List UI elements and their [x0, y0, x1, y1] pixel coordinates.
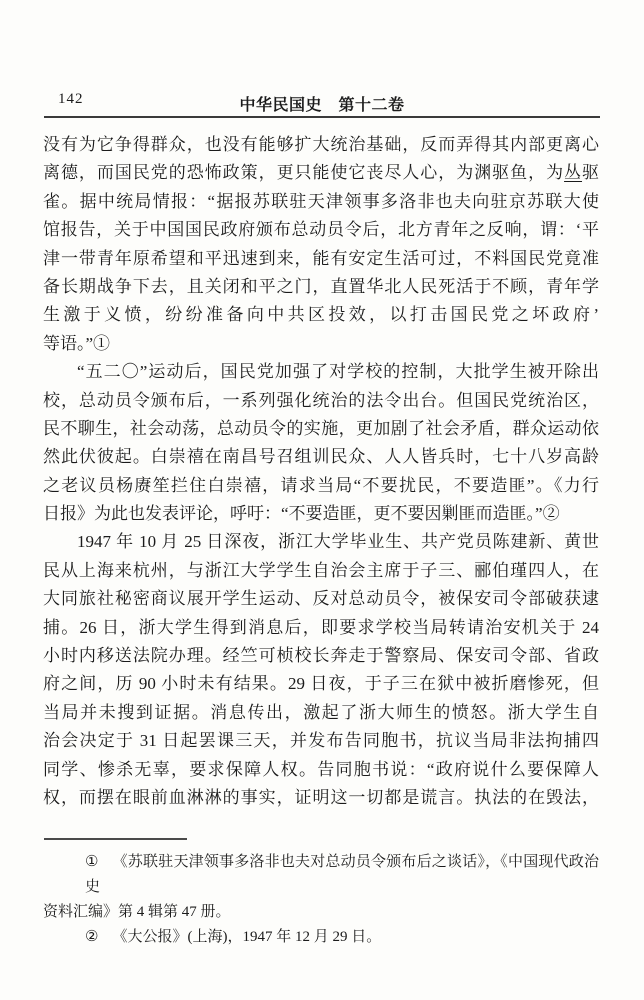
body-text-line: 生激于义愤，纷纷准备向中共区投效，以打击国民党之坏政府’ [43, 301, 599, 329]
body-text-line: 小时内移送法院办理。经竺可桢校长奔走于警察局、保安司令部、省政 [43, 642, 599, 670]
body-text-line: 津一带青年原希望和平迅速到来，能有安定生活可过，不料国民党竟准 [43, 245, 599, 273]
body-text: 没有为它争得群众，也没有能够扩大统治基础，反而弄得其内部更离心离德，而国民党的恐… [43, 131, 599, 812]
body-text-line: 没有为它争得群众，也没有能够扩大统治基础，反而弄得其内部更离心 [43, 131, 599, 159]
body-text-line: 同学、惨杀无辜，要求保障人权。告同胞书说：“政府说什么要保障人 [43, 756, 599, 784]
book-page: 142 中华民国史 第十二卷 没有为它争得群众，也没有能够扩大统治基础，反而弄得… [0, 0, 644, 1000]
body-text-line: 1947 年 10 月 25 日深夜，浙江大学毕业生、共产党员陈建新、黄世 [43, 528, 599, 556]
body-text-line: 治会决定于 31 日起罢课三天，并发布告同胞书，抗议当局非法拘捕四 [43, 727, 599, 755]
body-text-line: 馆报告，关于中国国民政府颁布总动员令后，北方青年之反响，谓：‘平 [43, 216, 599, 244]
body-text-line: “五二〇”运动后，国民党加强了对学校的控制，大批学生被开除出 [43, 358, 599, 386]
footnote-line: ①《苏联驻天津领事多洛非也夫对总动员令颁布后之谈话》，《中国现代政治史 [43, 850, 599, 900]
body-text-line: 捕。26 日，浙大学生得到消息后，即要求学校当局转请治安机关于 24 [43, 614, 599, 642]
body-text-line: 备长期战争下去，且关闭和平之门，直置华北人民死活于不顾，青年学 [43, 273, 599, 301]
footnote-marker: ① [85, 850, 98, 875]
body-text-line: 当局并未搜到证据。消息传出，激起了浙大师生的愤怒。浙大学生自 [43, 699, 599, 727]
footnotes: ①《苏联驻天津领事多洛非也夫对总动员令颁布后之谈话》，《中国现代政治史资料汇编》… [43, 850, 599, 950]
body-text-line: 之老议员杨赓笙拦住白崇禧，请求当局“不要扰民，不要造匪”。《力行 [43, 472, 599, 500]
body-text-line: 民不聊生，社会动荡，总动员令的实施，更加剧了社会矛盾，群众运动依 [43, 415, 599, 443]
header-divider [44, 116, 600, 118]
body-text-line: 权，而摆在眼前血淋淋的事实，证明这一切都是谎言。执法的在毁法， [43, 784, 599, 812]
body-text-line: 离德，而国民党的恐怖政策，更只能使它丧尽人心，为渊驱鱼，为丛驱 [43, 159, 599, 187]
running-head-title: 中华民国史 第十二卷 [0, 92, 644, 115]
body-text-line: 校，总动员令颁布后，一系列强化统治的法令出台。但国民党统治区， [43, 387, 599, 415]
body-text-line: 大同旅社秘密商议展开学生运动、反对总动员令，被保安司令部破获逮 [43, 585, 599, 613]
body-text-line: 日报》为此也发表评论，呼吁：“不要造匪，更不要因剿匪而造匪。”② [43, 500, 599, 528]
body-text-line: 然此伏彼起。白崇禧在南昌号召组训民众、人人皆兵时，七十八岁高龄 [43, 443, 599, 471]
body-text-line: 民从上海来杭州，与浙江大学学生自治会主席于子三、郦伯瑾四人，在 [43, 557, 599, 585]
footnote-line: 资料汇编》第 4 辑第 47 册。 [43, 900, 599, 925]
body-text-line: 府之间，历 90 小时未有结果。29 日夜，于子三在狱中被折磨惨死，但 [43, 670, 599, 698]
footnote-marker: ② [85, 925, 98, 950]
body-text-line: 等语。”① [43, 330, 599, 358]
footnote-separator [44, 838, 187, 840]
footnote-line: ②《大公报》(上海)，1947 年 12 月 29 日。 [43, 925, 599, 950]
body-text-line: 雀。据中统局情报：“据报苏联驻天津领事多洛非也夫向驻京苏联大使 [43, 188, 599, 216]
